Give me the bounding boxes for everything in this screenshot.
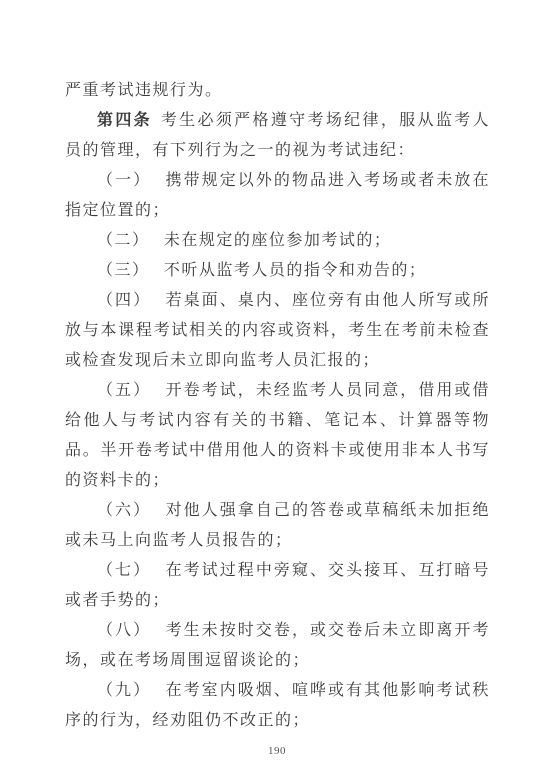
list-item: （六）对他人强拿自己的答卷或草稿纸未加拒绝或未马上向监考人员报告的；	[65, 496, 490, 556]
article-heading-paragraph: 第四条考生必须严格遵守考场纪律，服从监考人员的管理，有下列行为之一的视为考试违纪…	[65, 106, 490, 166]
list-item: （四）若桌面、桌内、座位旁有由他人所写或所放与本课程考试相关的内容或资料，考生在…	[65, 286, 490, 376]
item-number: （二）	[97, 232, 150, 249]
continuation-line: 严重考试违规行为。	[65, 76, 490, 106]
list-item: （一）携带规定以外的物品进入考场或者未放在指定位置的；	[65, 166, 490, 226]
page-number: 190	[0, 746, 554, 757]
item-text: 不听从监考人员的指令和劝告的；	[164, 262, 427, 279]
item-number: （四）	[97, 292, 151, 309]
list-item: （二）未在规定的座位参加考试的；	[65, 226, 490, 256]
item-number: （六）	[97, 502, 151, 519]
item-number: （七）	[97, 562, 151, 579]
list-item: （三）不听从监考人员的指令和劝告的；	[65, 256, 490, 286]
item-number: （九）	[97, 682, 151, 699]
item-text: 未在规定的座位参加考试的；	[164, 232, 392, 249]
document-page: 严重考试违规行为。 第四条考生必须严格遵守考场纪律，服从监考人员的管理，有下列行…	[0, 0, 554, 783]
article-number-label: 第四条	[97, 112, 152, 129]
item-number: （五）	[97, 382, 151, 399]
list-item: （五）开卷考试，未经监考人员同意，借用或借给他人与考试内容有关的书籍、笔记本、计…	[65, 376, 490, 496]
list-item: （八）考生未按时交卷，或交卷后未立即离开考场，或在考场周围逗留谈论的；	[65, 616, 490, 676]
item-number: （三）	[97, 262, 150, 279]
item-number: （一）	[97, 172, 151, 189]
item-number: （八）	[97, 622, 151, 639]
list-item: （九）在考室内吸烟、喧哗或有其他影响考试秩序的行为，经劝阻仍不改正的；	[65, 676, 490, 736]
list-item: （七）在考试过程中旁窥、交头接耳、互打暗号或者手势的；	[65, 556, 490, 616]
